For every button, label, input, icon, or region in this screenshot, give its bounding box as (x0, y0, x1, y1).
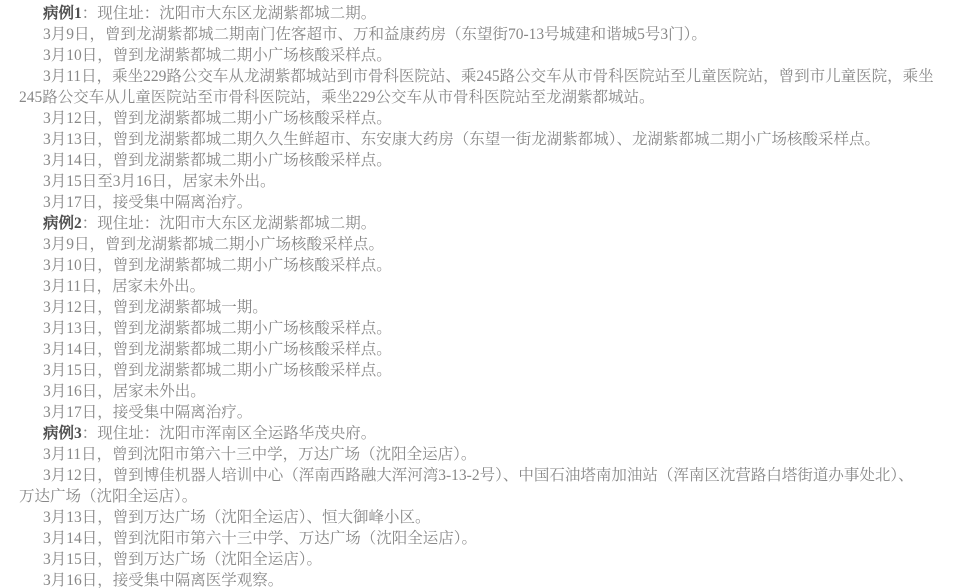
itinerary-line: 3月15日，曾到龙湖紫都城二期小广场核酸采样点。 (19, 360, 949, 381)
itinerary-line: 3月13日，曾到龙湖紫都城二期久久生鲜超市、东安康大药房（东望一街龙湖紫都城）、… (19, 129, 949, 150)
itinerary-line: 245路公交车从儿童医院站至市骨科医院站，乘坐229公交车从市骨科医院站至龙湖紫… (19, 87, 949, 108)
itinerary-line: 3月14日，曾到龙湖紫都城二期小广场核酸采样点。 (19, 150, 949, 171)
case-address: ：现住址：沈阳市大东区龙湖紫都城二期。 (82, 215, 377, 232)
itinerary-line: 3月15日至3月16日，居家未外出。 (19, 171, 949, 192)
case-label: 病例1 (43, 5, 82, 22)
case-header-line: 病例2：现住址：沈阳市大东区龙湖紫都城二期。 (19, 213, 949, 234)
itinerary-line: 万达广场（沈阳全运店）。 (19, 486, 949, 507)
case-header-line: 病例3：现住址：沈阳市浑南区全运路华茂央府。 (19, 423, 949, 444)
case-address: ：现住址：沈阳市大东区龙湖紫都城二期。 (82, 5, 377, 22)
itinerary-line: 3月14日，曾到龙湖紫都城二期小广场核酸采样点。 (19, 339, 949, 360)
itinerary-line: 3月13日，曾到龙湖紫都城二期小广场核酸采样点。 (19, 318, 949, 339)
itinerary-line: 3月15日，曾到万达广场（沈阳全运店）。 (19, 549, 949, 570)
itinerary-line: 3月12日，曾到龙湖紫都城一期。 (19, 297, 949, 318)
itinerary-line: 3月17日，接受集中隔离治疗。 (19, 402, 949, 423)
itinerary-line: 3月12日，曾到龙湖紫都城二期小广场核酸采样点。 (19, 108, 949, 129)
case-address: ：现住址：沈阳市浑南区全运路华茂央府。 (82, 425, 377, 442)
itinerary-line: 3月11日，乘坐229路公交车从龙湖紫都城站到市骨科医院站、乘245路公交车从市… (19, 66, 949, 87)
itinerary-line: 3月9日，曾到龙湖紫都城二期小广场核酸采样点。 (19, 234, 949, 255)
itinerary-line: 3月16日，接受集中隔离医学观察。 (19, 570, 949, 588)
itinerary-line: 3月17日，接受集中隔离治疗。 (19, 192, 949, 213)
itinerary-line: 3月16日，居家未外出。 (19, 381, 949, 402)
case-header-line: 病例1：现住址：沈阳市大东区龙湖紫都城二期。 (19, 3, 949, 24)
case-itinerary-document: 病例1：现住址：沈阳市大东区龙湖紫都城二期。3月9日，曾到龙湖紫都城二期南门佐客… (0, 0, 953, 588)
itinerary-line: 3月13日，曾到万达广场（沈阳全运店）、恒大御峰小区。 (19, 507, 949, 528)
itinerary-line: 3月14日，曾到沈阳市第六十三中学、万达广场（沈阳全运店）。 (19, 528, 949, 549)
itinerary-line: 3月11日，居家未外出。 (19, 276, 949, 297)
itinerary-line: 3月11日，曾到沈阳市第六十三中学，万达广场（沈阳全运店）。 (19, 444, 949, 465)
case-label: 病例2 (43, 215, 82, 232)
itinerary-line: 3月9日，曾到龙湖紫都城二期南门佐客超市、万和益康药房（东望街70-13号城建和… (19, 24, 949, 45)
itinerary-line: 3月10日，曾到龙湖紫都城二期小广场核酸采样点。 (19, 45, 949, 66)
itinerary-line: 3月10日，曾到龙湖紫都城二期小广场核酸采样点。 (19, 255, 949, 276)
itinerary-line: 3月12日，曾到博佳机器人培训中心（浑南西路融大浑河湾3-13-2号）、中国石油… (19, 465, 949, 486)
case-label: 病例3 (43, 425, 82, 442)
